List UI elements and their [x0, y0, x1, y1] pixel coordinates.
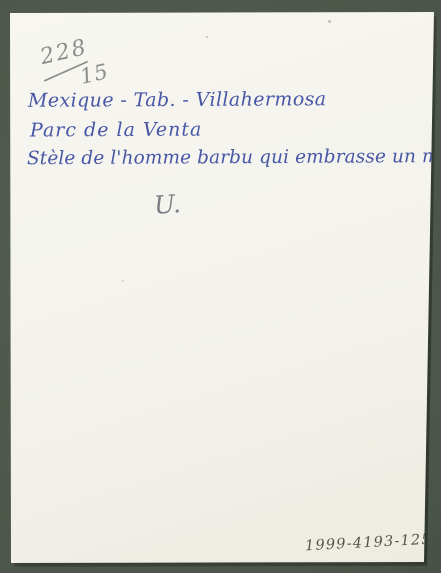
photo-verso-card: 228 15 Mexique - Tab. - Villahermosa Par… [10, 12, 434, 563]
caption-line-subject: Stèle de l'homme barbu qui embrasse un m… [27, 146, 441, 169]
dust-speck [206, 36, 208, 38]
dust-speck [328, 20, 331, 23]
fraction-denominator: 15 [78, 59, 111, 89]
pencil-initial: U. [153, 189, 182, 220]
dust-speck [122, 280, 124, 282]
caption-line-location: Mexique - Tab. - Villahermosa [28, 88, 327, 112]
caption-line-park: Parc de la Venta [30, 119, 202, 142]
catalog-number: 1999-4193-125 [305, 532, 433, 555]
